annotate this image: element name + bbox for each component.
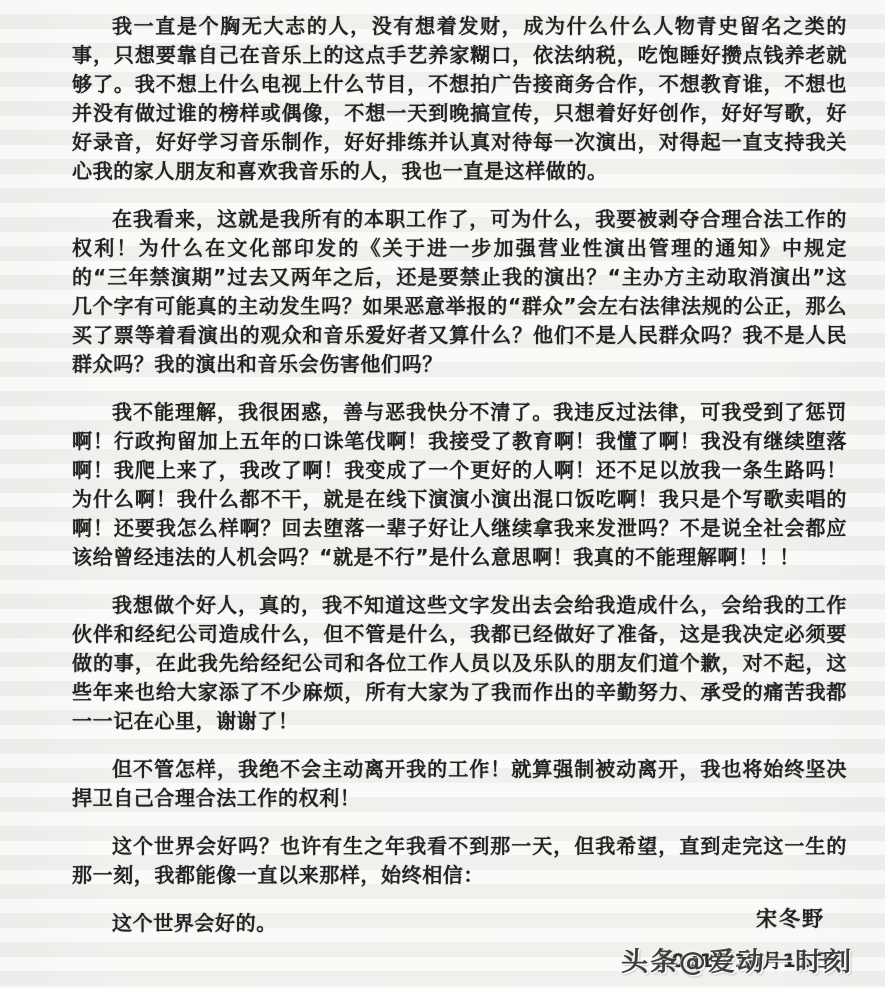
letter-page: 我一直是个胸无大志的人，没有想着发财，成为什么什么人物青史留名之类的事，只想要靠… — [0, 0, 885, 988]
paragraph-4: 我想做个好人，真的，我不知道这些文字发出去会给我造成什么，会给我的工作伙伴和经纪… — [72, 591, 847, 736]
paragraph-3: 我不能理解，我很困惑，善与恶我快分不清了。我违反过法律，可我受到了惩罚啊！行政拘… — [72, 398, 847, 572]
letter-body: 我一直是个胸无大志的人，没有想着发财，成为什么什么人物青史留名之类的事，只想要靠… — [0, 0, 885, 938]
paragraph-5: 但不管怎样，我绝不会主动离开我的工作！就算强制被动离开，我也将始终坚决捍卫自己合… — [72, 755, 847, 813]
toutiao-watermark: 头条@爱动一时刻 — [621, 941, 853, 978]
signature-name: 宋冬野 — [559, 903, 839, 933]
paragraph-1: 我一直是个胸无大志的人，没有想着发财，成为什么什么人物青史留名之类的事，只想要靠… — [72, 12, 847, 186]
date-row: 2021年10月11日 头条@爱动一时刻 — [559, 939, 839, 977]
paragraph-6: 这个世界会好吗？也许有生之年我看不到那一天，但我希望，直到走完这一生的那一刻，我… — [72, 832, 847, 890]
paragraph-2: 在我看来，这就是我所有的本职工作了，可为什么，我要被剥夺合理合法工作的权利！为什… — [72, 205, 847, 379]
signature-block: 宋冬野 2021年10月11日 头条@爱动一时刻 — [559, 903, 839, 977]
